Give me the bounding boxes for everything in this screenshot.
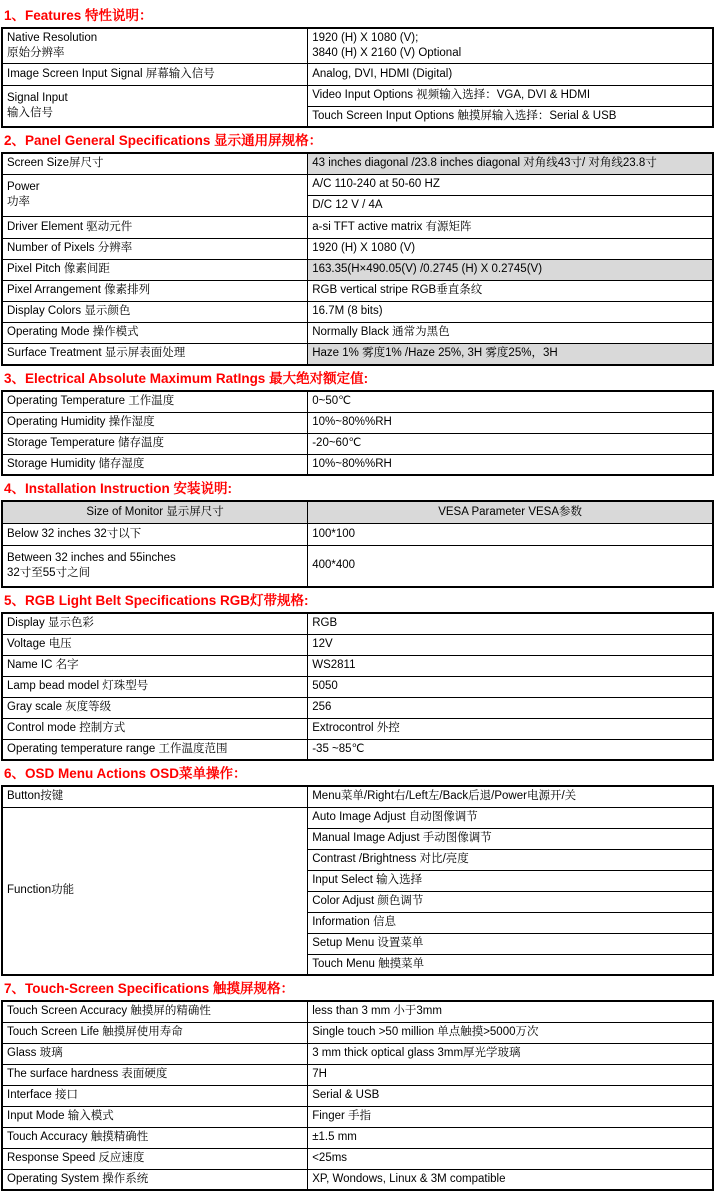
spec-row: Operating Humidity 操作湿度10%~80%%RH xyxy=(2,412,713,433)
spec-row: Below 32 inches 32寸以下100*100 xyxy=(2,523,713,545)
spec-cell-label: Touch Screen Life 触摸屏使用寿命 xyxy=(2,1022,308,1043)
spec-cell-value: Serial & USB xyxy=(308,1085,713,1106)
spec-cell-value: Input Select 输入选择 xyxy=(308,870,713,891)
spec-row: Button按键Menu菜单/Right右/Left左/Back后退/Power… xyxy=(2,786,713,807)
spec-row: Gray scale 灰度等级256 xyxy=(2,697,713,718)
spec-row: Interface 接口Serial & USB xyxy=(2,1085,713,1106)
spec-header-cell: Size of Monitor 显示屏尺寸 xyxy=(2,501,308,523)
spec-cell-label: Surface Treatment 显示屏表面处理 xyxy=(2,343,308,365)
spec-cell-label: Between 32 inches and 55inches 32寸至55寸之间 xyxy=(2,545,308,587)
spec-cell-value: 10%~80%%RH xyxy=(308,454,713,475)
spec-row: Driver Element 驱动元件a-si TFT active matri… xyxy=(2,216,713,238)
spec-cell-label: Below 32 inches 32寸以下 xyxy=(2,523,308,545)
section-heading-touch-screen-specifications: 7、Touch-Screen Specifications 触摸屏规格： xyxy=(4,980,715,997)
spec-cell-label: Operating Mode 操作模式 xyxy=(2,322,308,343)
spec-table-installation-instruction: Size of Monitor 显示屏尺寸VESA Parameter VESA… xyxy=(1,500,714,588)
spec-row: Power 功率A/C 110-240 at 50-60 HZ xyxy=(2,174,713,195)
spec-row: Surface Treatment 显示屏表面处理Haze 1% 雾度1% /H… xyxy=(2,343,713,365)
spec-cell-value: Color Adjust 颜色调节 xyxy=(308,891,713,912)
spec-row: Size of Monitor 显示屏尺寸VESA Parameter VESA… xyxy=(2,501,713,523)
spec-cell-label: Display Colors 显示颜色 xyxy=(2,301,308,322)
spec-cell-label: Button按键 xyxy=(2,786,308,807)
spec-table-electrical-absolute-maximum-ratings: Operating Temperature 工作温度0~50℃Operating… xyxy=(1,390,714,476)
spec-cell-value: 100*100 xyxy=(308,523,713,545)
spec-table-touch-screen-specifications: Touch Screen Accuracy 触摸屏的精确性less than 3… xyxy=(1,1000,714,1191)
spec-row: Number of Pixels 分辨率1920 (H) X 1080 (V) xyxy=(2,238,713,259)
spec-cell-value: 163.35(H×490.05(V) /0.2745 (H) X 0.2745(… xyxy=(308,259,713,280)
spec-cell-value: WS2811 xyxy=(308,655,713,676)
spec-header-cell: VESA Parameter VESA参数 xyxy=(308,501,713,523)
spec-cell-value: Touch Screen Input Options 触摸屏输入选择：Seria… xyxy=(308,106,713,127)
spec-cell-label: Image Screen Input Signal 屏幕输入信号 xyxy=(2,63,308,85)
spec-cell-label: Touch Accuracy 触摸精确性 xyxy=(2,1127,308,1148)
spec-cell-value: 3 mm thick optical glass 3mm厚光学玻璃 xyxy=(308,1043,713,1064)
spec-cell-value: less than 3 mm 小于3mm xyxy=(308,1001,713,1022)
spec-row: Operating temperature range 工作温度范围-35 ~8… xyxy=(2,739,713,760)
spec-cell-value: A/C 110-240 at 50-60 HZ xyxy=(308,174,713,195)
spec-cell-value: a-si TFT active matrix 有源矩阵 xyxy=(308,216,713,238)
spec-cell-value: 1920 (H) X 1080 (V); 3840 (H) X 2160 (V)… xyxy=(308,28,713,63)
section-heading-panel-general-specifications: 2、Panel General Specifications 显示通用屏规格： xyxy=(4,132,715,149)
spec-cell-value: 1920 (H) X 1080 (V) xyxy=(308,238,713,259)
spec-cell-value: 10%~80%%RH xyxy=(308,412,713,433)
spec-cell-label: Operating Temperature 工作温度 xyxy=(2,391,308,412)
spec-row: Operating System 操作系统XP, Wondows, Linux … xyxy=(2,1169,713,1190)
spec-row: Pixel Arrangement 像素排列RGB vertical strip… xyxy=(2,280,713,301)
spec-cell-value: 16.7M (8 bits) xyxy=(308,301,713,322)
spec-cell-label: The surface hardness 表面硬度 xyxy=(2,1064,308,1085)
spec-row: Control mode 控制方式Extrocontrol 外控 xyxy=(2,718,713,739)
spec-cell-label: Control mode 控制方式 xyxy=(2,718,308,739)
spec-cell-value: XP, Wondows, Linux & 3M compatible xyxy=(308,1169,713,1190)
spec-row: Input Mode 输入模式Finger 手指 xyxy=(2,1106,713,1127)
spec-cell-label: Number of Pixels 分辨率 xyxy=(2,238,308,259)
spec-cell-value: 5050 xyxy=(308,676,713,697)
spec-cell-label: Pixel Pitch 像素间距 xyxy=(2,259,308,280)
spec-cell-value: Contrast /Brightness 对比/亮度 xyxy=(308,849,713,870)
spec-cell-label: Interface 接口 xyxy=(2,1085,308,1106)
spec-cell-value: Haze 1% 雾度1% /Haze 25%, 3H 雾度25%，3H xyxy=(308,343,713,365)
spec-cell-value: RGB vertical stripe RGB垂直条纹 xyxy=(308,280,713,301)
spec-cell-value: <25ms xyxy=(308,1148,713,1169)
spec-table-osd-menu-actions: Button按键Menu菜单/Right右/Left左/Back后退/Power… xyxy=(1,785,714,976)
spec-cell-label: Lamp bead model 灯珠型号 xyxy=(2,676,308,697)
spec-cell-value: Normally Black 通常为黑色 xyxy=(308,322,713,343)
spec-cell-value: Manual Image Adjust 手动图像调节 xyxy=(308,828,713,849)
spec-row: Display 显示色彩RGB xyxy=(2,613,713,634)
spec-row: The surface hardness 表面硬度7H xyxy=(2,1064,713,1085)
spec-cell-label: Response Speed 反应速度 xyxy=(2,1148,308,1169)
spec-cell-label: Voltage 电压 xyxy=(2,634,308,655)
spec-row: Operating Mode 操作模式Normally Black 通常为黑色 xyxy=(2,322,713,343)
spec-row: Storage Humidity 储存湿度10%~80%%RH xyxy=(2,454,713,475)
spec-cell-value: Extrocontrol 外控 xyxy=(308,718,713,739)
spec-table-features: Native Resolution 原始分辨率1920 (H) X 1080 (… xyxy=(1,27,714,128)
spec-cell-label: Storage Humidity 储存湿度 xyxy=(2,454,308,475)
spec-cell-label: Native Resolution 原始分辨率 xyxy=(2,28,308,63)
spec-cell-label: Operating temperature range 工作温度范围 xyxy=(2,739,308,760)
spec-cell-label: Operating System 操作系统 xyxy=(2,1169,308,1190)
spec-row: Touch Screen Life 触摸屏使用寿命Single touch >5… xyxy=(2,1022,713,1043)
section-heading-osd-menu-actions: 6、OSD Menu Actions OSD菜单操作： xyxy=(4,765,715,782)
spec-row: Signal Input 输入信号Video Input Options 视频输… xyxy=(2,85,713,106)
spec-row: Name IC 名字WS2811 xyxy=(2,655,713,676)
spec-row: Image Screen Input Signal 屏幕输入信号Analog, … xyxy=(2,63,713,85)
spec-cell-label: Function功能 xyxy=(2,807,308,975)
spec-row: Storage Temperature 储存温度-20~60℃ xyxy=(2,433,713,454)
spec-row: Screen Size屏尺寸43 inches diagonal /23.8 i… xyxy=(2,153,713,174)
spec-cell-value: Setup Menu 设置菜单 xyxy=(308,933,713,954)
spec-row: Display Colors 显示颜色16.7M (8 bits) xyxy=(2,301,713,322)
spec-cell-value: -35 ~85℃ xyxy=(308,739,713,760)
spec-cell-value: 400*400 xyxy=(308,545,713,587)
spec-cell-value: Touch Menu 触摸菜单 xyxy=(308,954,713,975)
section-heading-rgb-light-belt-specifications: 5、RGB Light Belt Specifications RGB灯带规格: xyxy=(4,592,715,609)
spec-cell-label: Display 显示色彩 xyxy=(2,613,308,634)
spec-row: Operating Temperature 工作温度0~50℃ xyxy=(2,391,713,412)
spec-table-rgb-light-belt-specifications: Display 显示色彩RGBVoltage 电压12VName IC 名字WS… xyxy=(1,612,714,761)
spec-row: Native Resolution 原始分辨率1920 (H) X 1080 (… xyxy=(2,28,713,63)
spec-row: Response Speed 反应速度<25ms xyxy=(2,1148,713,1169)
spec-cell-value: 256 xyxy=(308,697,713,718)
spec-cell-value: Finger 手指 xyxy=(308,1106,713,1127)
section-heading-features: 1、Features 特性说明： xyxy=(4,7,715,24)
spec-cell-value: Video Input Options 视频输入选择：VGA, DVI & HD… xyxy=(308,85,713,106)
spec-cell-label: Pixel Arrangement 像素排列 xyxy=(2,280,308,301)
spec-cell-value: RGB xyxy=(308,613,713,634)
spec-cell-value: 12V xyxy=(308,634,713,655)
spec-row: Voltage 电压12V xyxy=(2,634,713,655)
spec-table-panel-general-specifications: Screen Size屏尺寸43 inches diagonal /23.8 i… xyxy=(1,152,714,366)
spec-row: Lamp bead model 灯珠型号5050 xyxy=(2,676,713,697)
spec-cell-value: Menu菜单/Right右/Left左/Back后退/Power电源开/关 xyxy=(308,786,713,807)
spec-cell-value: -20~60℃ xyxy=(308,433,713,454)
spec-row: Glass 玻璃3 mm thick optical glass 3mm厚光学玻… xyxy=(2,1043,713,1064)
spec-row: Function功能Auto Image Adjust 自动图像调节 xyxy=(2,807,713,828)
spec-row: Pixel Pitch 像素间距163.35(H×490.05(V) /0.27… xyxy=(2,259,713,280)
spec-cell-value: Auto Image Adjust 自动图像调节 xyxy=(308,807,713,828)
spec-cell-label: Name IC 名字 xyxy=(2,655,308,676)
spec-cell-value: Single touch >50 million 单点触摸>5000万次 xyxy=(308,1022,713,1043)
spec-cell-value: 43 inches diagonal /23.8 inches diagonal… xyxy=(308,153,713,174)
spec-cell-value: Analog, DVI, HDMI (Digital) xyxy=(308,63,713,85)
spec-cell-label: Signal Input 输入信号 xyxy=(2,85,308,127)
spec-cell-value: D/C 12 V / 4A xyxy=(308,195,713,216)
spec-cell-label: Storage Temperature 储存温度 xyxy=(2,433,308,454)
section-heading-installation-instruction: 4、Installation Instruction 安装说明: xyxy=(4,480,715,497)
spec-cell-label: Screen Size屏尺寸 xyxy=(2,153,308,174)
spec-row: Between 32 inches and 55inches 32寸至55寸之间… xyxy=(2,545,713,587)
spec-cell-label: Operating Humidity 操作湿度 xyxy=(2,412,308,433)
spec-row: Touch Screen Accuracy 触摸屏的精确性less than 3… xyxy=(2,1001,713,1022)
spec-cell-label: Touch Screen Accuracy 触摸屏的精确性 xyxy=(2,1001,308,1022)
spec-cell-label: Glass 玻璃 xyxy=(2,1043,308,1064)
section-heading-electrical-absolute-maximum-ratings: 3、Electrical Absolute Maximum RatIngs 最大… xyxy=(4,370,715,387)
spec-cell-label: Driver Element 驱动元件 xyxy=(2,216,308,238)
spec-cell-label: Input Mode 输入模式 xyxy=(2,1106,308,1127)
spec-document: 1、Features 特性说明：Native Resolution 原始分辨率1… xyxy=(0,0,715,1191)
spec-cell-label: Power 功率 xyxy=(2,174,308,216)
spec-cell-value: ±1.5 mm xyxy=(308,1127,713,1148)
spec-cell-value: 0~50℃ xyxy=(308,391,713,412)
spec-cell-value: 7H xyxy=(308,1064,713,1085)
spec-cell-value: Information 信息 xyxy=(308,912,713,933)
spec-row: Touch Accuracy 触摸精确性±1.5 mm xyxy=(2,1127,713,1148)
spec-cell-label: Gray scale 灰度等级 xyxy=(2,697,308,718)
